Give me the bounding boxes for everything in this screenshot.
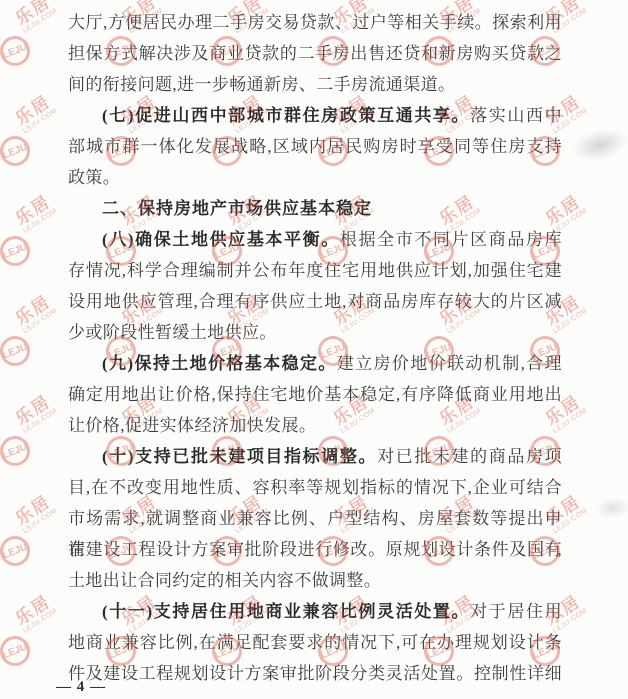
page-number: — 4 —	[56, 679, 106, 696]
text-line: 在建设工程设计方案审批阶段进行修改。原规划设计条件及国有	[68, 534, 562, 565]
text-line: 间的衔接问题,进一步畅通新房、二手房流通渠道。	[68, 69, 562, 100]
text-line: 政策。	[68, 162, 562, 193]
document-page: 大厅,方便居民办理二手房交易贷款、过户等相关手续。探索利用担保方式解决涉及商业贷…	[0, 0, 628, 699]
document-text: 大厅,方便居民办理二手房交易贷款、过户等相关手续。探索利用担保方式解决涉及商业贷…	[0, 0, 628, 689]
text-line: (八)确保土地供应基本平衡。根据全市不同片区商品房库	[68, 224, 562, 255]
text-line: 让价格,促进实体经济加快发展。	[68, 410, 562, 441]
text-line: 少或阶段性暂缓土地供应。	[68, 317, 562, 348]
text-line: 部城市群一体化发展战略,区域内居民购房时享受同等住房支持	[68, 131, 562, 162]
text-line: (十)支持已批未建项目指标调整。对已批未建的商品房项	[68, 441, 562, 472]
text-line: 地商业兼容比例,在满足配套要求的情况下,可在办理规划设计条	[68, 627, 562, 658]
text-line: 设用地供应管理,合理有序供应土地,对商品房库存较大的片区减	[68, 286, 562, 317]
text-line: 土地出让合同约定的相关内容不做调整。	[68, 565, 562, 596]
text-line: 确定用地出让价格,保持住宅地价基本稳定,有序降低商业用地出	[68, 379, 562, 410]
text-line: (十一)支持居住用地商业兼容比例灵活处置。对于居住用	[68, 596, 562, 627]
section-heading: 二、保持房地产市场供应基本稳定	[68, 193, 562, 224]
text-line: (七)促进山西中部城市群住房政策互通共享。落实山西中	[68, 100, 562, 131]
text-line: 大厅,方便居民办理二手房交易贷款、过户等相关手续。探索利用	[68, 7, 562, 38]
text-line: 存情况,科学合理编制并公布年度住宅用地供应计划,加强住宅建	[68, 255, 562, 286]
text-line: 件及建设工程规划设计方案审批阶段分类灵活处置。控制性详细	[68, 658, 562, 689]
text-line: (九)保持土地价格基本稳定。建立房价地价联动机制,合理	[68, 348, 562, 379]
text-line: 目,在不改变用地性质、容积率等规划指标的情况下,企业可结合	[68, 472, 562, 503]
text-line: 担保方式解决涉及商业贷款的二手房出售还贷和新房购买贷款之	[68, 38, 562, 69]
text-line: 市场需求,就调整商业兼容比例、户型结构、房屋套数等提出申请,	[68, 503, 562, 534]
